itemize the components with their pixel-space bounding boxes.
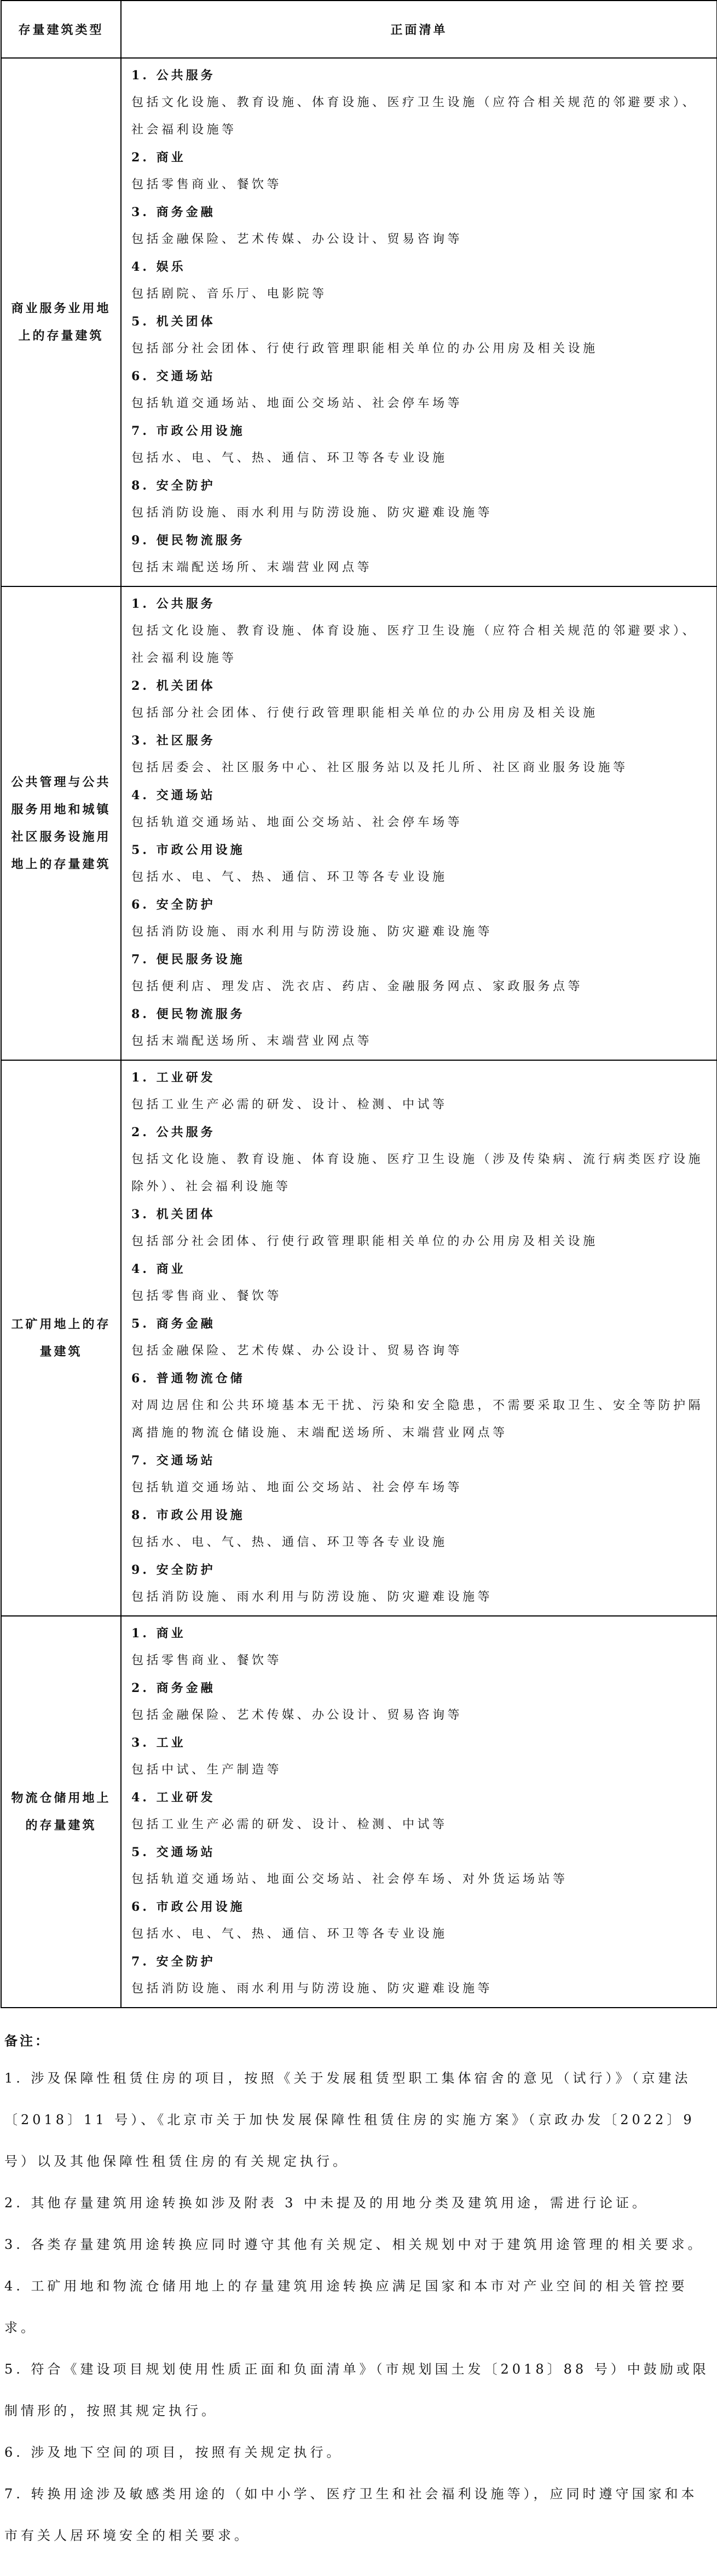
item-desc: 包括水、电、气、热、通信、环卫等各专业设施 — [131, 1529, 711, 1556]
item-title: 3. 工业 — [131, 1729, 711, 1757]
positive-list-cell: 1. 工业研发包括工业生产必需的研发、设计、检测、中试等 2. 公共服务包括文化… — [121, 1060, 717, 1616]
item-desc: 包括零售商业、餐饮等 — [131, 1647, 711, 1674]
list-item: 8. 便民物流服务包括末端配送场所、末端营业网点等 — [131, 1001, 711, 1055]
note-item: 6. 涉及地下空间的项目，按照有关规定执行。 — [4, 2432, 713, 2473]
notes-title: 备注： — [4, 2025, 713, 2057]
item-title: 9. 便民物流服务 — [131, 527, 711, 554]
item-title: 3. 商务金融 — [131, 199, 711, 226]
list-item: 4. 商业包括零售商业、餐饮等 — [131, 1255, 711, 1310]
list-item: 3. 工业包括中试、生产制造等 — [131, 1729, 711, 1784]
item-desc: 包括部分社会团体、行使行政管理职能相关单位的办公用房及相关设施 — [131, 335, 711, 363]
list-item: 3. 社区服务包括居委会、社区服务中心、社区服务站以及托儿所、社区商业服务设施等 — [131, 727, 711, 782]
list-item: 2. 商业包括零售商业、餐饮等 — [131, 144, 711, 199]
item-desc: 包括消防设施、雨水利用与防涝设施、防灾避难设施等 — [131, 499, 711, 527]
item-title: 7. 交通场站 — [131, 1447, 711, 1474]
item-title: 2. 商务金融 — [131, 1674, 711, 1702]
item-desc: 包括工业生产必需的研发、设计、检测、中试等 — [131, 1811, 711, 1839]
item-title: 7. 便民服务设施 — [131, 946, 711, 973]
item-desc: 包括水、电、气、热、通信、环卫等各专业设施 — [131, 445, 711, 472]
list-item: 3. 商务金融包括金融保险、艺术传媒、办公设计、贸易咨询等 — [131, 199, 711, 253]
list-item: 5. 交通场站包括轨道交通场站、地面公交场站、社会停车场、对外货运场站等 — [131, 1839, 711, 1893]
list-item: 6. 市政公用设施包括水、电、气、热、通信、环卫等各专业设施 — [131, 1893, 711, 1948]
list-item: 6. 普通物流仓储对周边居住和公共环境基本无干扰、污染和安全隐患，不需要采取卫生… — [131, 1365, 711, 1447]
item-desc: 包括文化设施、教育设施、体育设施、医疗卫生设施（应符合相关规范的邻避要求）、社会… — [131, 89, 711, 144]
item-title: 8. 市政公用设施 — [131, 1502, 711, 1529]
list-item: 4. 交通场站包括轨道交通场站、地面公交场站、社会停车场等 — [131, 782, 711, 836]
list-item: 1. 工业研发包括工业生产必需的研发、设计、检测、中试等 — [131, 1064, 711, 1119]
item-title: 7. 安全防护 — [131, 1948, 711, 1975]
item-desc: 包括部分社会团体、行使行政管理职能相关单位的办公用房及相关设施 — [131, 700, 711, 727]
table-row: 工矿用地上的存量建筑 1. 工业研发包括工业生产必需的研发、设计、检测、中试等 … — [1, 1060, 717, 1616]
item-title: 5. 商务金融 — [131, 1310, 711, 1338]
item-desc: 对周边居住和公共环境基本无干扰、污染和安全隐患，不需要采取卫生、安全等防护隔离措… — [131, 1392, 711, 1447]
building-type-cell: 公共管理与公共服务用地和城镇社区服务设施用地上的存量建筑 — [1, 586, 121, 1060]
list-item: 3. 机关团体包括部分社会团体、行使行政管理职能相关单位的办公用房及相关设施 — [131, 1201, 711, 1255]
item-title: 1. 公共服务 — [131, 590, 711, 618]
note-item: 1. 涉及保障性租赁住房的项目，按照《关于发展租赁型职工集体宿舍的意见（试行）》… — [4, 2057, 713, 2182]
list-item: 5. 机关团体包括部分社会团体、行使行政管理职能相关单位的办公用房及相关设施 — [131, 308, 711, 363]
item-title: 4. 交通场站 — [131, 782, 711, 809]
table-row: 商业服务业用地上的存量建筑 1. 公共服务包括文化设施、教育设施、体育设施、医疗… — [1, 58, 717, 586]
list-item: 8. 市政公用设施包括水、电、气、热、通信、环卫等各专业设施 — [131, 1502, 711, 1556]
item-desc: 包括金融保险、艺术传媒、办公设计、贸易咨询等 — [131, 1702, 711, 1729]
item-title: 6. 交通场站 — [131, 363, 711, 390]
list-item: 9. 便民物流服务包括末端配送场所、末端营业网点等 — [131, 527, 711, 582]
item-title: 6. 市政公用设施 — [131, 1893, 711, 1921]
list-item: 7. 便民服务设施包括便利店、理发店、洗衣店、药店、金融服务网点、家政服务点等 — [131, 946, 711, 1001]
list-item: 5. 市政公用设施包括水、电、气、热、通信、环卫等各专业设施 — [131, 836, 711, 891]
building-type-cell: 物流仓储用地上的存量建筑 — [1, 1616, 121, 2008]
item-desc: 包括消防设施、雨水利用与防涝设施、防灾避难设施等 — [131, 918, 711, 946]
item-desc: 包括末端配送场所、末端营业网点等 — [131, 1028, 711, 1055]
list-item: 1. 公共服务包括文化设施、教育设施、体育设施、医疗卫生设施（应符合相关规范的邻… — [131, 62, 711, 144]
item-desc: 包括便利店、理发店、洗衣店、药店、金融服务网点、家政服务点等 — [131, 973, 711, 1001]
item-desc: 包括轨道交通场站、地面公交场站、社会停车场、对外货运场站等 — [131, 1866, 711, 1893]
item-desc: 包括水、电、气、热、通信、环卫等各专业设施 — [131, 1921, 711, 1948]
item-title: 2. 机关团体 — [131, 672, 711, 700]
item-desc: 包括文化设施、教育设施、体育设施、医疗卫生设施（应符合相关规范的邻避要求）、社会… — [131, 618, 711, 672]
building-type-cell: 工矿用地上的存量建筑 — [1, 1060, 121, 1616]
note-item: 4. 工矿用地和物流仓储用地上的存量建筑用途转换应满足国家和本市对产业空间的相关… — [4, 2265, 713, 2348]
item-title: 1. 公共服务 — [131, 62, 711, 89]
notes-section: 备注： 1. 涉及保障性租赁住房的项目，按照《关于发展租赁型职工集体宿舍的意见（… — [0, 2008, 717, 2556]
building-type-cell: 商业服务业用地上的存量建筑 — [1, 58, 121, 586]
item-desc: 包括轨道交通场站、地面公交场站、社会停车场等 — [131, 1474, 711, 1502]
item-desc: 包括文化设施、教育设施、体育设施、医疗卫生设施（涉及传染病、流行病类医疗设施除外… — [131, 1146, 711, 1201]
item-title: 2. 公共服务 — [131, 1119, 711, 1146]
item-title: 8. 便民物流服务 — [131, 1001, 711, 1028]
item-title: 4. 工业研发 — [131, 1784, 711, 1811]
item-title: 4. 娱乐 — [131, 253, 711, 281]
item-title: 2. 商业 — [131, 144, 711, 171]
list-item: 7. 安全防护包括消防设施、雨水利用与防涝设施、防灾避难设施等 — [131, 1948, 711, 2003]
item-title: 6. 普通物流仓储 — [131, 1365, 711, 1392]
list-item: 6. 安全防护包括消防设施、雨水利用与防涝设施、防灾避难设施等 — [131, 891, 711, 946]
item-title: 4. 商业 — [131, 1255, 711, 1283]
positive-list-cell: 1. 公共服务包括文化设施、教育设施、体育设施、医疗卫生设施（应符合相关规范的邻… — [121, 58, 717, 586]
note-item: 2. 其他存量建筑用途转换如涉及附表 3 中未提及的用地分类及建筑用途，需进行论… — [4, 2182, 713, 2224]
item-title: 1. 工业研发 — [131, 1064, 711, 1091]
item-title: 7. 市政公用设施 — [131, 417, 711, 445]
list-item: 4. 娱乐包括剧院、音乐厅、电影院等 — [131, 253, 711, 308]
item-desc: 包括中试、生产制造等 — [131, 1757, 711, 1784]
list-item: 8. 安全防护包括消防设施、雨水利用与防涝设施、防灾避难设施等 — [131, 472, 711, 527]
item-desc: 包括零售商业、餐饮等 — [131, 1283, 711, 1310]
table-row: 物流仓储用地上的存量建筑 1. 商业包括零售商业、餐饮等 2. 商务金融包括金融… — [1, 1616, 717, 2008]
item-title: 6. 安全防护 — [131, 891, 711, 918]
list-item: 7. 交通场站包括轨道交通场站、地面公交场站、社会停车场等 — [131, 1447, 711, 1502]
list-item: 2. 公共服务包括文化设施、教育设施、体育设施、医疗卫生设施（涉及传染病、流行病… — [131, 1119, 711, 1201]
list-item: 1. 商业包括零售商业、餐饮等 — [131, 1620, 711, 1674]
item-title: 5. 机关团体 — [131, 308, 711, 335]
item-desc: 包括金融保险、艺术传媒、办公设计、贸易咨询等 — [131, 1338, 711, 1365]
item-title: 1. 商业 — [131, 1620, 711, 1647]
item-desc: 包括工业生产必需的研发、设计、检测、中试等 — [131, 1091, 711, 1119]
note-item: 3. 各类存量建筑用途转换应同时遵守其他有关规定、相关规划中对于建筑用途管理的相… — [4, 2224, 713, 2265]
item-desc: 包括轨道交通场站、地面公交场站、社会停车场等 — [131, 390, 711, 417]
item-desc: 包括剧院、音乐厅、电影院等 — [131, 281, 711, 308]
list-item: 5. 商务金融包括金融保险、艺术传媒、办公设计、贸易咨询等 — [131, 1310, 711, 1365]
item-title: 3. 机关团体 — [131, 1201, 711, 1228]
list-item: 4. 工业研发包括工业生产必需的研发、设计、检测、中试等 — [131, 1784, 711, 1839]
item-desc: 包括末端配送场所、末端营业网点等 — [131, 554, 711, 582]
list-item: 7. 市政公用设施包括水、电、气、热、通信、环卫等各专业设施 — [131, 417, 711, 472]
positive-list-cell: 1. 公共服务包括文化设施、教育设施、体育设施、医疗卫生设施（应符合相关规范的邻… — [121, 586, 717, 1060]
header-building-type: 存量建筑类型 — [1, 1, 121, 58]
table-header-row: 存量建筑类型 正面清单 — [1, 1, 717, 58]
item-title: 8. 安全防护 — [131, 472, 711, 499]
header-positive-list: 正面清单 — [121, 1, 717, 58]
item-desc: 包括零售商业、餐饮等 — [131, 171, 711, 199]
item-desc: 包括轨道交通场站、地面公交场站、社会停车场等 — [131, 809, 711, 836]
positive-list-table: 存量建筑类型 正面清单 商业服务业用地上的存量建筑 1. 公共服务包括文化设施、… — [1, 0, 717, 2008]
list-item: 6. 交通场站包括轨道交通场站、地面公交场站、社会停车场等 — [131, 363, 711, 417]
item-desc: 包括金融保险、艺术传媒、办公设计、贸易咨询等 — [131, 226, 711, 253]
document-page: 存量建筑类型 正面清单 商业服务业用地上的存量建筑 1. 公共服务包括文化设施、… — [0, 0, 717, 2556]
item-title: 9. 安全防护 — [131, 1556, 711, 1584]
item-desc: 包括消防设施、雨水利用与防涝设施、防灾避难设施等 — [131, 1584, 711, 1611]
table-row: 公共管理与公共服务用地和城镇社区服务设施用地上的存量建筑 1. 公共服务包括文化… — [1, 586, 717, 1060]
item-desc: 包括部分社会团体、行使行政管理职能相关单位的办公用房及相关设施 — [131, 1228, 711, 1255]
positive-list-cell: 1. 商业包括零售商业、餐饮等 2. 商务金融包括金融保险、艺术传媒、办公设计、… — [121, 1616, 717, 2008]
item-title: 5. 交通场站 — [131, 1839, 711, 1866]
item-title: 3. 社区服务 — [131, 727, 711, 754]
item-desc: 包括居委会、社区服务中心、社区服务站以及托儿所、社区商业服务设施等 — [131, 754, 711, 782]
list-item: 2. 商务金融包括金融保险、艺术传媒、办公设计、贸易咨询等 — [131, 1674, 711, 1729]
list-item: 2. 机关团体包括部分社会团体、行使行政管理职能相关单位的办公用房及相关设施 — [131, 672, 711, 727]
item-desc: 包括消防设施、雨水利用与防涝设施、防灾避难设施等 — [131, 1975, 711, 2003]
item-title: 5. 市政公用设施 — [131, 836, 711, 864]
list-item: 1. 公共服务包括文化设施、教育设施、体育设施、医疗卫生设施（应符合相关规范的邻… — [131, 590, 711, 672]
note-item: 5. 符合《建设项目规划使用性质正面和负面清单》（市规划国土发〔2018〕88 … — [4, 2348, 713, 2432]
list-item: 9. 安全防护包括消防设施、雨水利用与防涝设施、防灾避难设施等 — [131, 1556, 711, 1611]
note-item: 7. 转换用途涉及敏感类用途的（如中小学、医疗卫生和社会福利设施等），应同时遵守… — [4, 2473, 713, 2556]
item-desc: 包括水、电、气、热、通信、环卫等各专业设施 — [131, 864, 711, 891]
